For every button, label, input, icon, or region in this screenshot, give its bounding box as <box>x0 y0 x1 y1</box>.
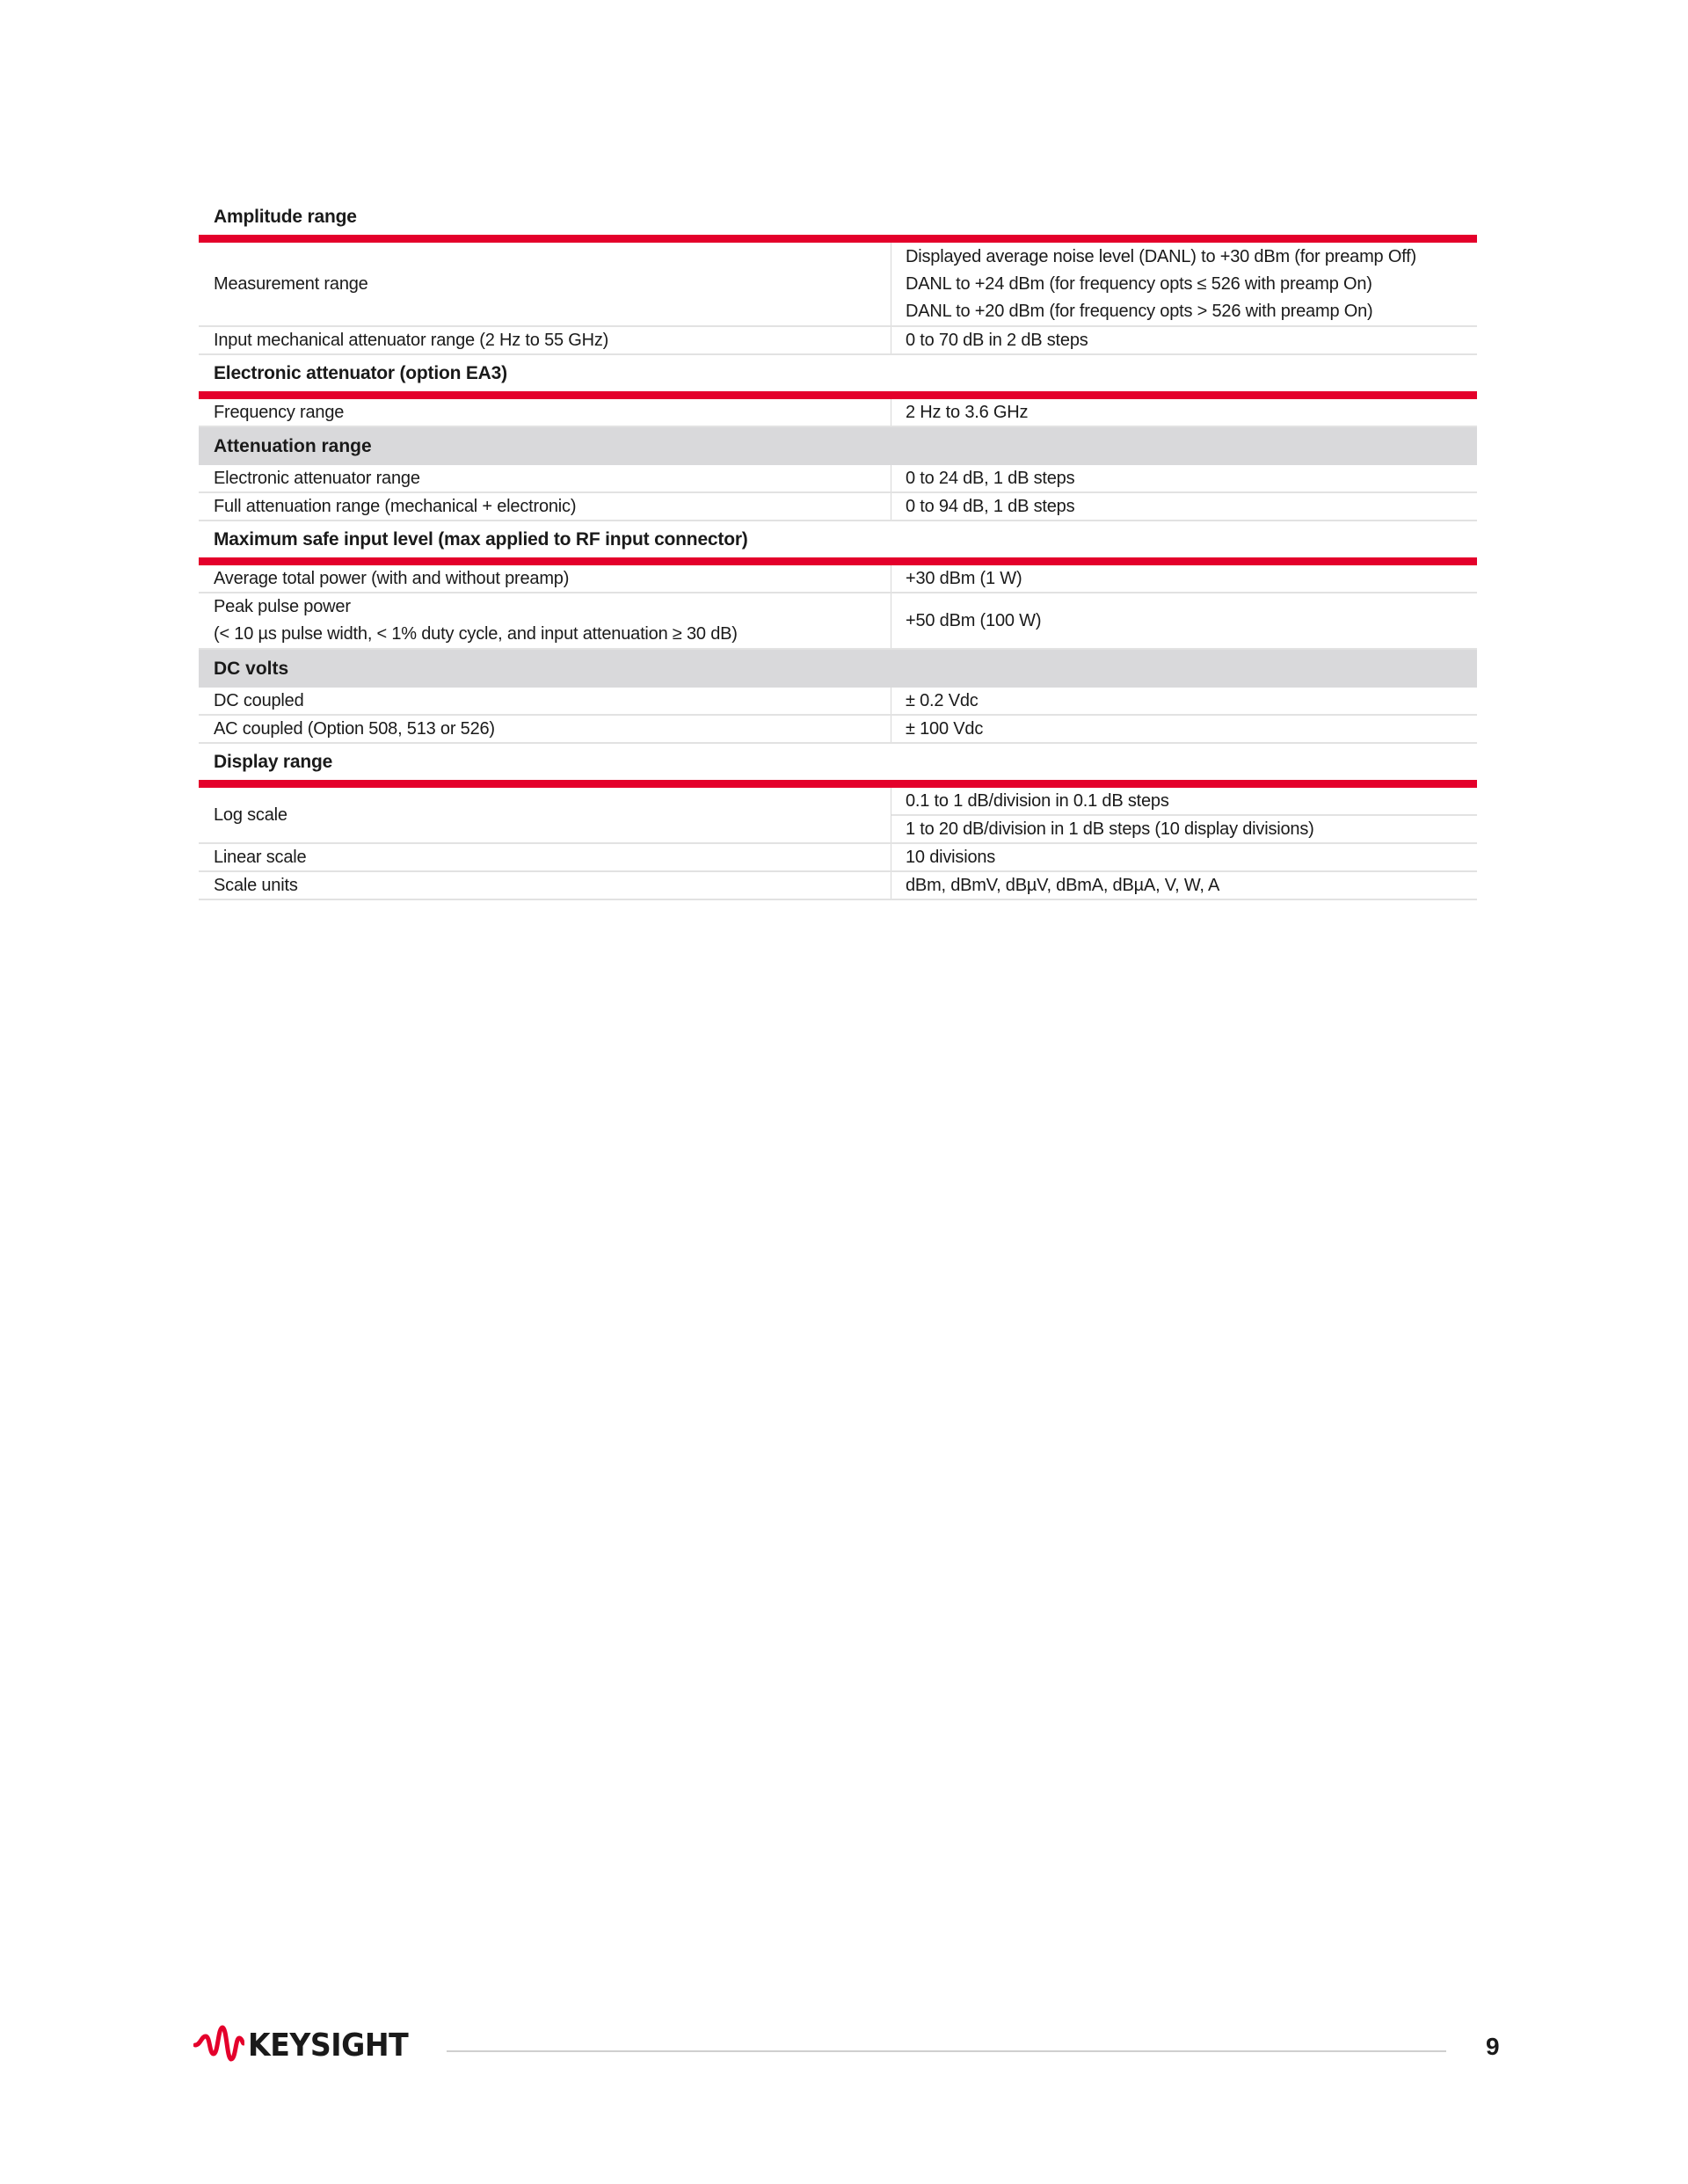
row-label: Frequency range <box>199 399 891 426</box>
section-heading-electronic-attenuator: Electronic attenuator (option EA3) <box>199 355 1477 391</box>
row-label: Scale units <box>199 872 891 899</box>
value-line: DANL to +24 dBm (for frequency opts ≤ 52… <box>906 271 1477 298</box>
table-row-log-scale: Log scale 0.1 to 1 dB/division in 0.1 dB… <box>199 788 1477 844</box>
subheader-attenuation-range: Attenuation range <box>199 427 1477 465</box>
table-row-mechanical-attenuator: Input mechanical attenuator range (2 Hz … <box>199 327 1477 355</box>
section-rule <box>199 235 1477 243</box>
table-row-measurement-range: Measurement range Displayed average nois… <box>199 243 1477 327</box>
value-line: DANL to +20 dBm (for frequency opts > 52… <box>906 298 1477 325</box>
row-label: DC coupled <box>199 688 891 714</box>
row-value: Displayed average noise level (DANL) to … <box>891 243 1477 325</box>
table-row-full-attenuation-range: Full attenuation range (mechanical + ele… <box>199 493 1477 521</box>
keysight-logo: KEYSIGHT <box>193 2024 422 2067</box>
label-line: (< 10 µs pulse width, < 1% duty cycle, a… <box>214 621 891 648</box>
page-footer: KEYSIGHT 9 <box>0 2019 1688 2080</box>
row-value: dBm, dBmV, dBµV, dBmA, dBµA, V, W, A <box>891 872 1477 899</box>
value-line: 0.1 to 1 dB/division in 0.1 dB steps <box>891 788 1477 816</box>
table-row-peak-pulse-power: Peak pulse power (< 10 µs pulse width, <… <box>199 593 1477 650</box>
section-rule <box>199 391 1477 399</box>
row-label: Electronic attenuator range <box>199 465 891 491</box>
row-label: AC coupled (Option 508, 513 or 526) <box>199 716 891 742</box>
section-rule <box>199 780 1477 788</box>
page-number: 9 <box>1486 2033 1500 2061</box>
subheader-dc-volts: DC volts <box>199 650 1477 688</box>
row-value: 0 to 24 dB, 1 dB steps <box>891 465 1477 491</box>
table-row-average-total-power: Average total power (with and without pr… <box>199 565 1477 593</box>
footer-divider <box>447 2050 1446 2052</box>
table-row-linear-scale: Linear scale 10 divisions <box>199 844 1477 872</box>
row-value: +50 dBm (100 W) <box>891 593 1477 648</box>
row-label: Full attenuation range (mechanical + ele… <box>199 493 891 520</box>
row-value: ± 0.2 Vdc <box>891 688 1477 714</box>
row-value: 0.1 to 1 dB/division in 0.1 dB steps 1 t… <box>891 788 1477 842</box>
row-label: Measurement range <box>199 243 891 325</box>
row-value: ± 100 Vdc <box>891 716 1477 742</box>
row-value: +30 dBm (1 W) <box>891 565 1477 592</box>
spec-table: Amplitude range Measurement range Displa… <box>199 199 1477 900</box>
table-row-scale-units: Scale units dBm, dBmV, dBµV, dBmA, dBµA,… <box>199 872 1477 900</box>
brand-name: KEYSIGHT <box>248 2027 408 2064</box>
row-label: Input mechanical attenuator range (2 Hz … <box>199 327 891 353</box>
table-row-frequency-range: Frequency range 2 Hz to 3.6 GHz <box>199 399 1477 427</box>
section-heading-maximum-safe-input: Maximum safe input level (max applied to… <box>199 521 1477 557</box>
value-line: 1 to 20 dB/division in 1 dB steps (10 di… <box>906 816 1477 842</box>
row-value: 10 divisions <box>891 844 1477 870</box>
row-label: Average total power (with and without pr… <box>199 565 891 592</box>
row-label: Linear scale <box>199 844 891 870</box>
row-label: Peak pulse power (< 10 µs pulse width, <… <box>199 593 891 648</box>
row-value: 2 Hz to 3.6 GHz <box>891 399 1477 426</box>
section-heading-display-range: Display range <box>199 744 1477 780</box>
value-line: Displayed average noise level (DANL) to … <box>906 244 1477 271</box>
section-rule <box>199 557 1477 565</box>
section-heading-amplitude-range: Amplitude range <box>199 199 1477 235</box>
label-line: Peak pulse power <box>214 593 891 621</box>
keysight-wave-icon <box>193 2024 244 2067</box>
row-label: Log scale <box>199 788 891 842</box>
row-value: 0 to 70 dB in 2 dB steps <box>891 327 1477 353</box>
table-row-dc-coupled: DC coupled ± 0.2 Vdc <box>199 688 1477 716</box>
row-value: 0 to 94 dB, 1 dB steps <box>891 493 1477 520</box>
table-row-ac-coupled: AC coupled (Option 508, 513 or 526) ± 10… <box>199 716 1477 744</box>
table-row-electronic-attenuator-range: Electronic attenuator range 0 to 24 dB, … <box>199 465 1477 493</box>
